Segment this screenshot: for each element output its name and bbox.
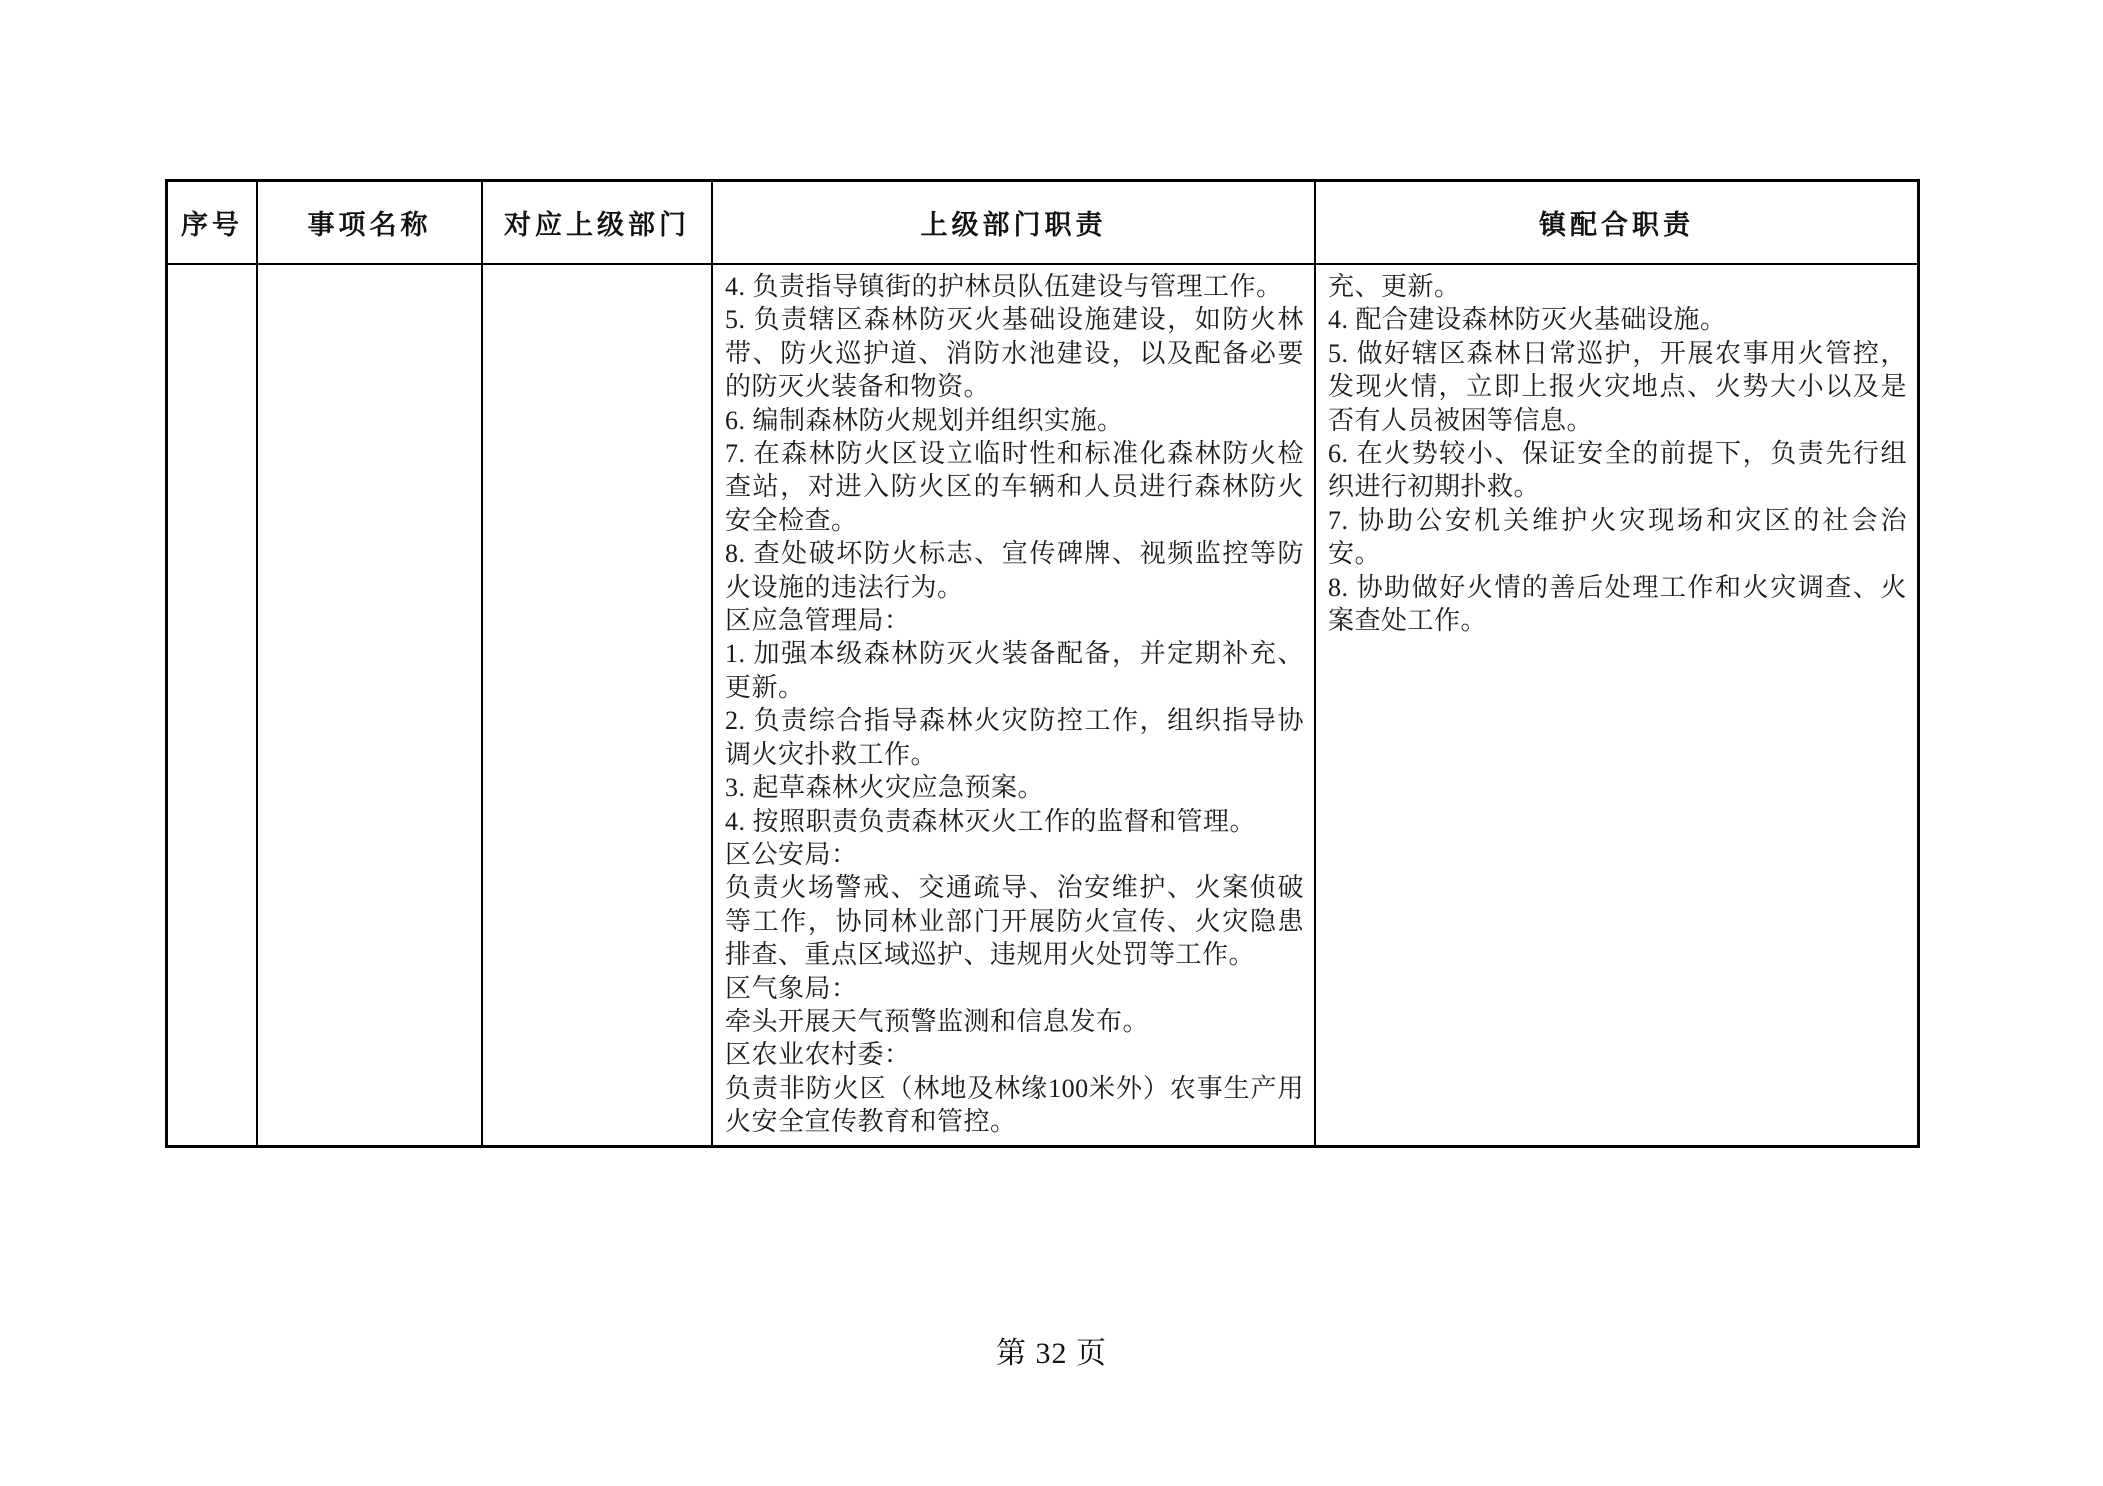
superior-duty-paragraph: 负责火场警戒、交通疏导、治安维护、火案侦破等工作，协同林业部门开展防火宣传、火灾…: [725, 871, 1304, 971]
superior-duty-paragraph: 6. 编制森林防火规划并组织实施。: [725, 404, 1304, 437]
town-duty-paragraph: 4. 配合建设森林防灭火基础设施。: [1328, 303, 1907, 336]
document-page: 序号 事项名称 对应上级部门 上级部门职责 镇配合职责 4. 负责指导镇街的护林…: [0, 0, 2103, 1486]
town-duty-paragraph: 6. 在火势较小、保证安全的前提下，负责先行组织进行初期扑救。: [1328, 437, 1907, 504]
superior-duty-paragraph: 7. 在森林防火区设立临时性和标准化森林防火检查站，对进入防火区的车辆和人员进行…: [725, 437, 1304, 537]
table-header-row: 序号 事项名称 对应上级部门 上级部门职责 镇配合职责: [168, 182, 1917, 265]
superior-duty-paragraph: 1. 加强本级森林防灭火装备配备，并定期补充、更新。: [725, 637, 1304, 704]
town-duty-paragraph: 充、更新。: [1328, 270, 1907, 303]
superior-duty-paragraph: 牵头开展天气预警监测和信息发布。: [725, 1005, 1304, 1038]
body-cell-item-name: [258, 265, 483, 1145]
superior-duty-paragraph: 区农业农村委：: [725, 1038, 1304, 1071]
superior-duty-paragraph: 区公安局：: [725, 838, 1304, 871]
body-cell-superior-duties: 4. 负责指导镇街的护林员队伍建设与管理工作。5. 负责辖区森林防灭火基础设施建…: [713, 265, 1316, 1145]
header-cell-item-name: 事项名称: [258, 182, 483, 263]
town-duty-paragraph: 5. 做好辖区森林日常巡护，开展农事用火管控，发现火情，立即上报火灾地点、火势大…: [1328, 337, 1907, 437]
header-cell-superior-department: 对应上级部门: [483, 182, 713, 263]
body-cell-serial: [168, 265, 258, 1145]
page-number: 第 32 页: [0, 1328, 2103, 1372]
superior-duty-paragraph: 区气象局：: [725, 972, 1304, 1005]
superior-duty-paragraph: 5. 负责辖区森林防灭火基础设施建设，如防火林带、防火巡护道、消防水池建设，以及…: [725, 303, 1304, 403]
header-cell-town-duties: 镇配合职责: [1316, 182, 1917, 263]
duties-table: 序号 事项名称 对应上级部门 上级部门职责 镇配合职责 4. 负责指导镇街的护林…: [165, 179, 1920, 1148]
header-cell-superior-duties: 上级部门职责: [713, 182, 1316, 263]
header-cell-serial: 序号: [168, 182, 258, 263]
superior-duty-paragraph: 8. 查处破坏防火标志、宣传碑牌、视频监控等防火设施的违法行为。: [725, 537, 1304, 604]
superior-duty-paragraph: 区应急管理局：: [725, 604, 1304, 637]
body-cell-superior-department: [483, 265, 713, 1145]
superior-duty-paragraph: 负责非防火区（林地及林缘100米外）农事生产用火安全宣传教育和管控。: [725, 1072, 1304, 1139]
superior-duty-paragraph: 4. 按照职责负责森林灭火工作的监督和管理。: [725, 805, 1304, 838]
town-duty-paragraph: 7. 协助公安机关维护火灾现场和灾区的社会治安。: [1328, 504, 1907, 571]
superior-duty-paragraph: 3. 起草森林火灾应急预案。: [725, 771, 1304, 804]
body-cell-town-duties: 充、更新。4. 配合建设森林防灭火基础设施。5. 做好辖区森林日常巡护，开展农事…: [1316, 265, 1917, 1145]
superior-duty-paragraph: 2. 负责综合指导森林火灾防控工作，组织指导协调火灾扑救工作。: [725, 704, 1304, 771]
table-body-row: 4. 负责指导镇街的护林员队伍建设与管理工作。5. 负责辖区森林防灭火基础设施建…: [168, 265, 1917, 1145]
town-duty-paragraph: 8. 协助做好火情的善后处理工作和火灾调查、火案查处工作。: [1328, 571, 1907, 638]
superior-duty-paragraph: 4. 负责指导镇街的护林员队伍建设与管理工作。: [725, 270, 1304, 303]
